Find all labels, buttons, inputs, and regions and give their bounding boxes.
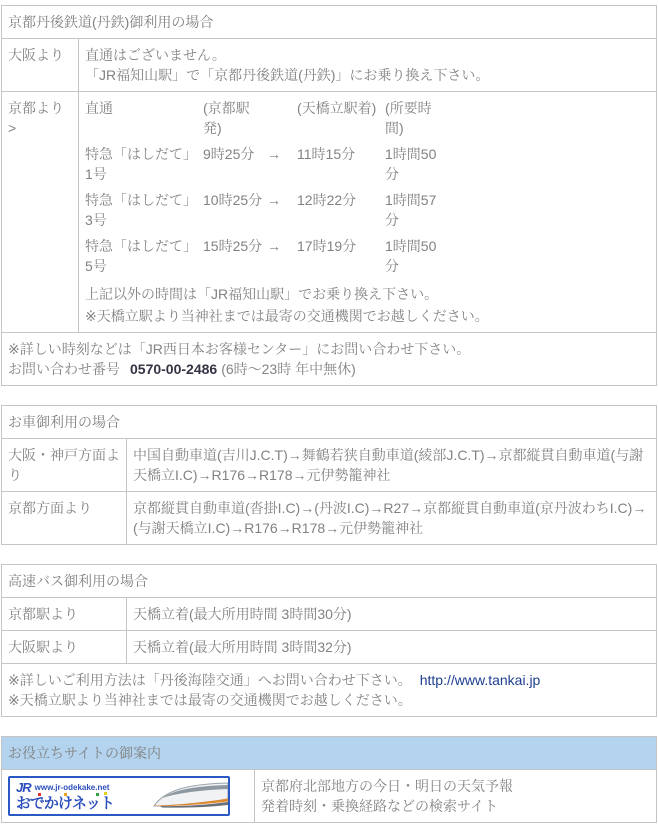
schedule-col-arrive: (天橋立駅着) bbox=[297, 98, 385, 144]
rail-inquiry-note: ※詳しい時刻などは「JR西日本お客様センター」にお問い合わせ下さい。 bbox=[8, 339, 650, 359]
arrow-right-icon: → bbox=[267, 236, 297, 282]
phone-label: お問い合わせ番号 bbox=[8, 361, 120, 377]
rail-from-kyoto-label: 京都より> bbox=[2, 92, 79, 333]
table-row: 大阪より 直通はございません。 「JR福知山駅」で「京都丹後鉄道(丹鉄)」にお乗… bbox=[2, 39, 657, 92]
rail-from-kyoto-info: 直通 (京都駅発) (天橋立駅着) (所要時間) 特急「はしだて」1号 9時25… bbox=[79, 92, 657, 333]
bus-inquiry-line: ※詳しいご利用方法は「丹後海陸交通」へお問い合わせ下さい。http://www.… bbox=[8, 670, 650, 690]
train-arrive-time: 12時22分 bbox=[297, 190, 385, 236]
train-duration: 1時間50分 bbox=[385, 144, 443, 190]
rail-access-table: 京都丹後鉄道(丹鉄)御利用の場合 大阪より 直通はございません。 「JR福知山駅… bbox=[1, 5, 657, 386]
table-row: 京都駅より 天橋立着(最大所用時間 3時間30分) bbox=[2, 598, 657, 631]
table-row: 大阪・神戸方面より 中国自動車道(吉川J.C.T)→舞鶴若狭自動車道(綾部J.C… bbox=[2, 439, 657, 492]
bus-inquiry-note: ※詳しいご利用方法は「丹後海陸交通」へお問い合わせ下さい。 bbox=[8, 672, 412, 688]
shinkansen-icon bbox=[116, 778, 228, 814]
rail-osaka-line1: 直通はございません。 bbox=[85, 45, 650, 65]
schedule-col-duration: (所要時間) bbox=[385, 98, 443, 144]
train-name: 特急「はしだて」1号 bbox=[85, 144, 203, 190]
rail-footer-cell: ※詳しい時刻などは「JR西日本お客様センター」にお問い合わせ下さい。 お問い合わ… bbox=[2, 333, 657, 386]
jr-odekake-logo: JR www.jr-odekake.net おでかけネット bbox=[10, 780, 114, 812]
schedule-header-row: 直通 (京都駅発) (天橋立駅着) (所要時間) bbox=[85, 98, 443, 144]
bus-info-osaka: 天橋立着(最大所用時間 3時間32分) bbox=[127, 631, 657, 664]
jr-odekake-name: おでかけネット bbox=[16, 795, 114, 812]
train-arrive-time: 17時19分 bbox=[297, 236, 385, 282]
car-route-osaka-kobe: 中国自動車道(吉川J.C.T)→舞鶴若狭自動車道(綾部J.C.T)→京都縦貫自動… bbox=[127, 439, 657, 492]
jr-odekake-banner[interactable]: JR www.jr-odekake.net おでかけネット bbox=[8, 776, 230, 816]
access-page: 京都丹後鉄道(丹鉄)御利用の場合 大阪より 直通はございません。 「JR福知山駅… bbox=[0, 0, 658, 831]
rail-station-access-note: ※天橋立駅より当神社までは最寄の交通機関でお越しください。 bbox=[85, 306, 650, 326]
train-row: 特急「はしだて」3号 10時25分 → 12時22分 1時間57分 bbox=[85, 190, 443, 236]
bus-from-kyoto-label: 京都駅より bbox=[2, 598, 127, 631]
schedule-col-depart: (京都駅発) bbox=[203, 98, 267, 144]
useful-sites-table: お役立ちサイトの御案内 JR www.jr-odekake.net おでかけネッ… bbox=[1, 736, 657, 823]
train-row: 特急「はしだて」1号 9時25分 → 11時15分 1時間50分 bbox=[85, 144, 443, 190]
table-row: 京都より> 直通 (京都駅発) (天橋立駅着) (所要時間) 特急「はしだて」1… bbox=[2, 92, 657, 333]
train-depart-time: 10時25分 bbox=[203, 190, 267, 236]
train-duration: 1時間50分 bbox=[385, 236, 443, 282]
schedule-col-direct: 直通 bbox=[85, 98, 203, 144]
bus-access-table: 高速バス御利用の場合 京都駅より 天橋立着(最大所用時間 3時間30分) 大阪駅… bbox=[1, 564, 657, 717]
rail-osaka-line2: 「JR福知山駅」で「京都丹後鉄道(丹鉄)」にお乗り換え下さい。 bbox=[85, 65, 650, 85]
table-row: 京都方面より 京都縦貫自動車道(沓掛I.C)→(丹波I.C)→R27→京都縦貫自… bbox=[2, 492, 657, 545]
train-name: 特急「はしだて」3号 bbox=[85, 190, 203, 236]
train-duration: 1時間57分 bbox=[385, 190, 443, 236]
weather-site-desc: 京都府北部地方の今日・明日の天気予報 bbox=[261, 776, 650, 796]
bus-from-osaka-label: 大阪駅より bbox=[2, 631, 127, 664]
car-route-kyoto: 京都縦貫自動車道(沓掛I.C)→(丹波I.C)→R27→京都縦貫自動車道(京丹波… bbox=[127, 492, 657, 545]
train-depart-time: 9時25分 bbox=[203, 144, 267, 190]
bus-section-title: 高速バス御利用の場合 bbox=[2, 565, 657, 598]
car-section-title: お車御利用の場合 bbox=[2, 406, 657, 439]
rail-from-osaka-label: 大阪より bbox=[2, 39, 79, 92]
car-from-osaka-kobe-label: 大阪・神戸方面より bbox=[2, 439, 127, 492]
bus-footer-cell: ※詳しいご利用方法は「丹後海陸交通」へお問い合わせ下さい。http://www.… bbox=[2, 664, 657, 717]
route-search-desc: 発着時刻・乗換経路などの検索サイト bbox=[261, 796, 650, 816]
car-from-kyoto-label: 京都方面より bbox=[2, 492, 127, 545]
train-schedule-table: 直通 (京都駅発) (天橋立駅着) (所要時間) 特急「はしだて」1号 9時25… bbox=[85, 98, 443, 282]
table-row: お車御利用の場合 bbox=[2, 406, 657, 439]
car-access-table: お車御利用の場合 大阪・神戸方面より 中国自動車道(吉川J.C.T)→舞鶴若狭自… bbox=[1, 405, 657, 545]
bus-info-kyoto: 天橋立着(最大所用時間 3時間30分) bbox=[127, 598, 657, 631]
train-arrive-time: 11時15分 bbox=[297, 144, 385, 190]
train-row: 特急「はしだて」5号 15時25分 → 17時19分 1時間50分 bbox=[85, 236, 443, 282]
rail-phone-line: お問い合わせ番号0570-00-2486(6時〜23時 年中無休) bbox=[8, 359, 650, 379]
rail-transfer-note: 上記以外の時間は「JR福知山駅」でお乗り換え下さい。 bbox=[85, 284, 650, 304]
sites-description-cell: 京都府北部地方の今日・明日の天気予報 発着時刻・乗換経路などの検索サイト bbox=[255, 770, 657, 823]
table-row: 京都丹後鉄道(丹鉄)御利用の場合 bbox=[2, 6, 657, 39]
train-name: 特急「はしだて」5号 bbox=[85, 236, 203, 282]
jr-odekake-url: www.jr-odekake.net bbox=[35, 783, 110, 793]
sites-section-title: お役立ちサイトの御案内 bbox=[2, 737, 657, 770]
tankai-link[interactable]: http://www.tankai.jp bbox=[420, 672, 541, 688]
bus-station-access-note: ※天橋立駅より当神社までは最寄の交通機関でお越しください。 bbox=[8, 690, 650, 710]
phone-hours: (6時〜23時 年中無休) bbox=[221, 361, 356, 377]
train-depart-time: 15時25分 bbox=[203, 236, 267, 282]
table-row: お役立ちサイトの御案内 bbox=[2, 737, 657, 770]
jr-logo: JR bbox=[16, 781, 31, 794]
rail-section-title: 京都丹後鉄道(丹鉄)御利用の場合 bbox=[2, 6, 657, 39]
logo-accent-dots bbox=[38, 793, 41, 796]
table-row: ※詳しい時刻などは「JR西日本お客様センター」にお問い合わせ下さい。 お問い合わ… bbox=[2, 333, 657, 386]
phone-number: 0570-00-2486 bbox=[130, 361, 217, 377]
rail-from-osaka-info: 直通はございません。 「JR福知山駅」で「京都丹後鉄道(丹鉄)」にお乗り換え下さ… bbox=[79, 39, 657, 92]
arrow-right-icon: → bbox=[267, 190, 297, 236]
table-row: 大阪駅より 天橋立着(最大所用時間 3時間32分) bbox=[2, 631, 657, 664]
banner-cell: JR www.jr-odekake.net おでかけネット bbox=[2, 770, 255, 823]
schedule-col-spacer bbox=[267, 98, 297, 144]
arrow-right-icon: → bbox=[267, 144, 297, 190]
table-row: ※詳しいご利用方法は「丹後海陸交通」へお問い合わせ下さい。http://www.… bbox=[2, 664, 657, 717]
table-row: JR www.jr-odekake.net おでかけネット bbox=[2, 770, 657, 823]
table-row: 高速バス御利用の場合 bbox=[2, 565, 657, 598]
